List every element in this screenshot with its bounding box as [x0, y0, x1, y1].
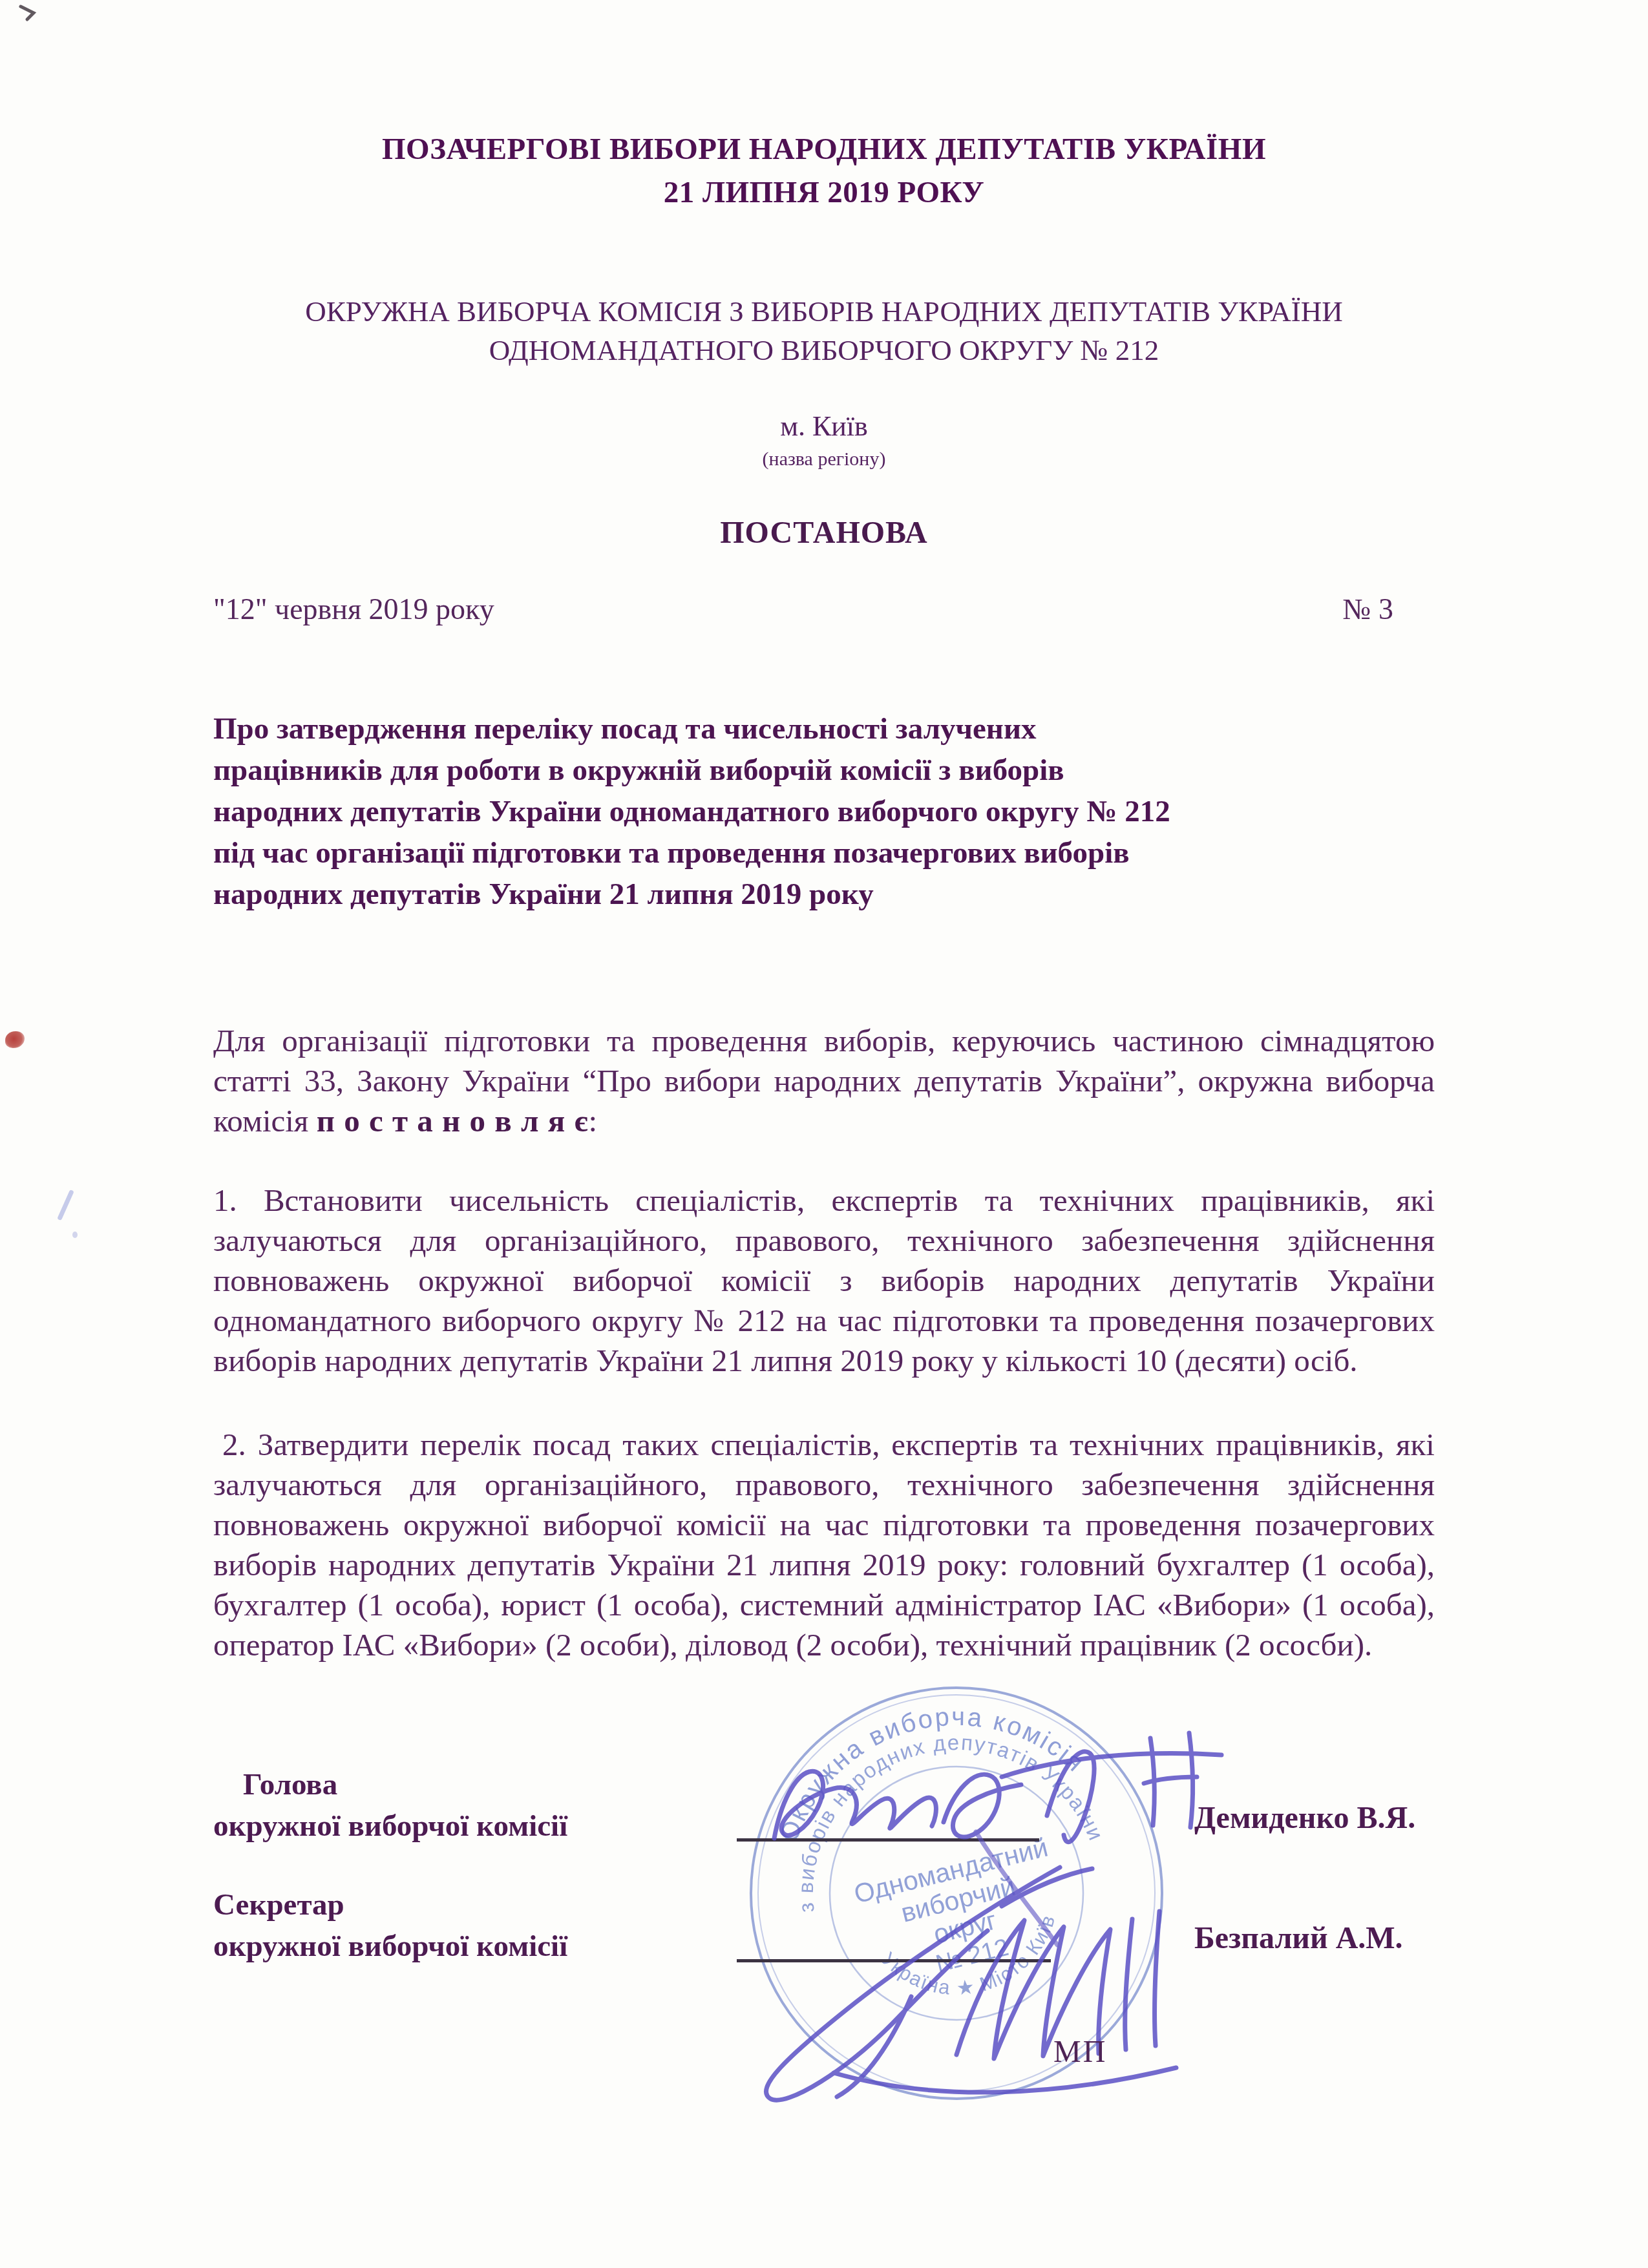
subject-line: народних депутатів України 21 липня 2019… — [213, 874, 1454, 915]
doc-type-heading: ПОСТАНОВА — [0, 515, 1648, 551]
chair-signature-stroke — [774, 1771, 936, 1838]
resolution-item-1: 1. Встановити чисельність спеціалістів, … — [213, 1181, 1435, 1381]
commission-line-1: ОКРУЖНА ВИБОРЧА КОМІСІЯ З ВИБОРІВ НАРОДН… — [0, 292, 1648, 331]
role-chair-title: Голова — [213, 1764, 337, 1805]
secretary-signature-stroke — [834, 2068, 1176, 2092]
handwritten-signatures — [698, 1693, 1293, 2106]
chair-signature-stroke — [1144, 1777, 1197, 1783]
seal-place-mark: МП — [1053, 2034, 1107, 2070]
title-line-2: 21 ЛИПНЯ 2019 РОКУ — [0, 171, 1648, 215]
scanned-document-page: ПОЗАЧЕРГОВІ ВИБОРИ НАРОДНИХ ДЕПУТАТІВ УК… — [0, 0, 1648, 2268]
preamble-paragraph: Для організації підготовки та проведення… — [213, 1021, 1435, 1141]
secretary-signature-stroke — [766, 1867, 1060, 2100]
red-ink-speck — [5, 1031, 25, 1048]
signer-role-secretary: Секретар окружної виборчої комісії — [213, 1884, 567, 1967]
chair-signature-stroke — [1189, 1733, 1193, 1827]
subject-heading: Про затвердження переліку посад та чисел… — [213, 708, 1454, 915]
commission-name: ОКРУЖНА ВИБОРЧА КОМІСІЯ З ВИБОРІВ НАРОДН… — [0, 292, 1648, 370]
role-secretary-subtitle: окружної виборчої комісії — [213, 1926, 567, 1967]
chair-signature-stroke — [1002, 1754, 1221, 1777]
subject-line: Про затвердження переліку посад та чисел… — [213, 708, 1454, 750]
role-secretary-title: Секретар — [213, 1884, 567, 1926]
subject-line: народних депутатів України одномандатног… — [213, 791, 1454, 832]
doc-date: "12" червня 2019 року — [213, 592, 494, 626]
region-name: м. Київ — [0, 410, 1648, 443]
date-and-number-row: "12" червня 2019 року № 3 — [213, 592, 1435, 626]
secretary-signature-stroke — [1125, 1919, 1132, 2050]
secretary-signature-stroke — [1154, 1911, 1159, 2046]
pencil-dot — [72, 1232, 78, 1238]
commission-line-2: ОДНОМАНДАТНОГО ВИБОРЧОГО ОКРУГУ № 212 — [0, 331, 1648, 370]
pencil-mark — [57, 1190, 74, 1221]
preamble-colon: : — [589, 1103, 598, 1139]
preamble-verb-bold: п о с т а н о в л я є — [317, 1103, 589, 1139]
signer-role-chair: Голова окружної виборчої комісії — [213, 1764, 567, 1847]
subject-line: працівників для роботи в окружній виборч… — [213, 750, 1454, 791]
document-title: ПОЗАЧЕРГОВІ ВИБОРИ НАРОДНИХ ДЕПУТАТІВ УК… — [0, 128, 1648, 215]
subject-line: під час організації підготовки та провед… — [213, 832, 1454, 874]
chair-signature-stroke — [944, 1774, 1021, 1837]
resolution-item-2: 2. Затвердити перелік посад таких спеціа… — [213, 1425, 1435, 1665]
title-line-1: ПОЗАЧЕРГОВІ ВИБОРИ НАРОДНИХ ДЕПУТАТІВ УК… — [0, 128, 1648, 171]
doc-number: № 3 — [1343, 592, 1435, 626]
region-name-note: (назва регіону) — [0, 448, 1648, 470]
scan-corner-mark — [17, 3, 43, 22]
role-chair-subtitle: окружної виборчої комісії — [213, 1805, 567, 1847]
